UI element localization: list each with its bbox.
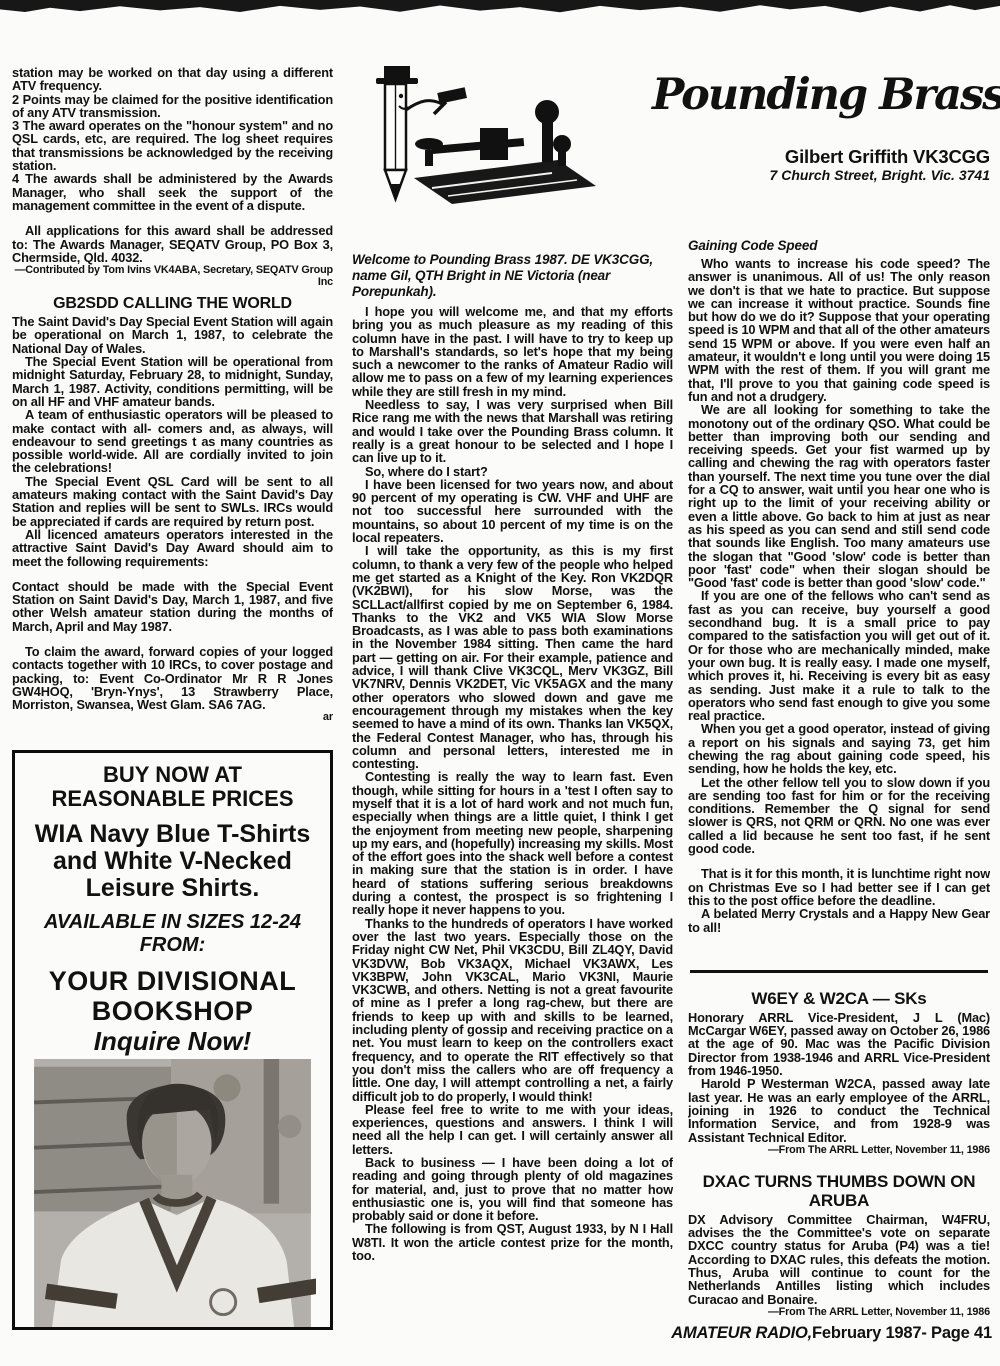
column-paragraph: I have been licensed for two years now, … (352, 478, 673, 544)
gb2sdd-paragraph: All licenced amateurs operators interest… (12, 528, 333, 568)
column-paragraph: I hope you will welcome me, and that my … (352, 305, 673, 398)
code-speed-paragraph: That is it for this month, it is lunchti… (688, 867, 990, 907)
left-column: station may be worked on that day using … (12, 66, 333, 746)
code-speed-paragraph: A belated Merry Crystals and a Happy New… (688, 907, 990, 934)
column-paragraph: Thanks to the hundreds of operators I ha… (352, 917, 673, 1103)
gb2sdd-paragraph: The Special Event QSL Card will be sent … (12, 475, 333, 528)
sks-attribution: —From The ARRL Letter, November 11, 1986 (688, 1144, 990, 1156)
author-byline: Gilbert Griffith VK3CGG (640, 146, 990, 167)
article-title: Pounding Brass (652, 72, 992, 118)
gb2sdd-paragraph: Contact should be made with the Special … (12, 580, 333, 633)
column-paragraph: Needless to say, I was very surprised wh… (352, 398, 673, 464)
code-speed-paragraph: Who wants to increase his code speed? Th… (688, 257, 990, 403)
page-footer: AMATEUR RADIO,February 1987- Page 41 (560, 1324, 992, 1343)
footer-journal: AMATEUR RADIO, (671, 1324, 812, 1342)
atv-attribution: —Contributed by Tom Ivins VK4ABA, Secret… (12, 264, 333, 288)
gb2sdd-paragraph: The Special Event Station will be operat… (12, 355, 333, 408)
atv-paragraph: 2 Points may be claimed for the positive… (12, 93, 333, 120)
right-column: Gaining Code Speed Who wants to increase… (688, 238, 990, 1330)
sks-paragraph: Honorary ARRL Vice-President, J L (Mac) … (688, 1011, 990, 1077)
code-speed-paragraph: When you get a good operator, instead of… (688, 722, 990, 775)
atv-paragraph: 4 The awards shall be administered by th… (12, 172, 333, 212)
atv-paragraph: station may be worked on that day using … (12, 66, 333, 93)
torn-scan-edge (0, 0, 1000, 13)
magazine-page: { "left": { "atv_paragraphs": [ "station… (0, 0, 1000, 1366)
gb2sdd-paragraph: To claim the award, forward copies of yo… (12, 645, 333, 711)
author-address: 7 Church Street, Bright. Vic. 3741 (640, 167, 990, 183)
column-intro: Welcome to Pounding Brass 1987. DE VK3CG… (352, 252, 673, 300)
dxac-attribution: —From The ARRL Letter, November 11, 1986 (688, 1306, 990, 1318)
column-paragraph: Contesting is really the way to learn fa… (352, 770, 673, 916)
code-speed-paragraph: If you are one of the fellows who can't … (688, 589, 990, 722)
column-paragraph: I will take the opportunity, as this is … (352, 544, 673, 770)
code-speed-paragraph: Let the other fellow tell you to slow do… (688, 776, 990, 856)
atv-paragraph: 3 The award operates on the "honour syst… (12, 119, 333, 172)
byline-block: Gilbert Griffith VK3CGG 7 Church Street,… (640, 146, 990, 183)
advert-inquire-line: Inquire Now! (23, 1027, 322, 1055)
footer-date: February 1987- (812, 1324, 927, 1342)
code-speed-heading: Gaining Code Speed (688, 238, 990, 253)
sks-paragraph: Harold P Westerman W2CA, passed away lat… (688, 1077, 990, 1143)
column-paragraph: So, where do I start? (352, 465, 673, 478)
bookshop-advert: BUY NOW AT REASONABLE PRICES WIA Navy Bl… (12, 750, 333, 1330)
column-paragraph: Please feel free to write to me with you… (352, 1103, 673, 1156)
morse-key-illustration (362, 66, 602, 206)
advert-product-line: WIA Navy Blue T-Shirts and White V-Necke… (25, 821, 320, 902)
advert-headline: BUY NOW AT REASONABLE PRICES (27, 763, 318, 811)
sks-heading: W6EY & W2CA — SKs (694, 989, 984, 1008)
column-paragraph: The following is from QST, August 1933, … (352, 1222, 673, 1262)
middle-column: Welcome to Pounding Brass 1987. DE VK3CG… (352, 66, 673, 1360)
advert-sizes-line: AVAILABLE IN SIZES 12-24 FROM: (23, 911, 322, 957)
dxac-paragraph: DX Advisory Committee Chairman, W4FRU, a… (688, 1213, 990, 1306)
footer-page-number: Page 41 (927, 1324, 992, 1342)
advert-bookshop-line: YOUR DIVISIONAL BOOKSHOP (23, 966, 322, 1026)
article-end-mark: ar (12, 711, 333, 724)
column-paragraph: Back to business — I have been doing a l… (352, 1156, 673, 1222)
dxac-heading: DXAC TURNS THUMBS DOWN ON ARUBA (694, 1172, 984, 1210)
advert-photo (29, 1059, 316, 1330)
gb2sdd-paragraph: The Saint David's Day Special Event Stat… (12, 315, 333, 355)
gb2sdd-paragraph: A team of enthusiastic operators will be… (12, 408, 333, 474)
gb2sdd-heading: GB2SDD CALLING THE WORLD (12, 295, 333, 313)
atv-paragraph: All applications for this award shall be… (12, 224, 333, 264)
section-divider (690, 970, 988, 973)
code-speed-paragraph: We are all looking for something to take… (688, 403, 990, 589)
